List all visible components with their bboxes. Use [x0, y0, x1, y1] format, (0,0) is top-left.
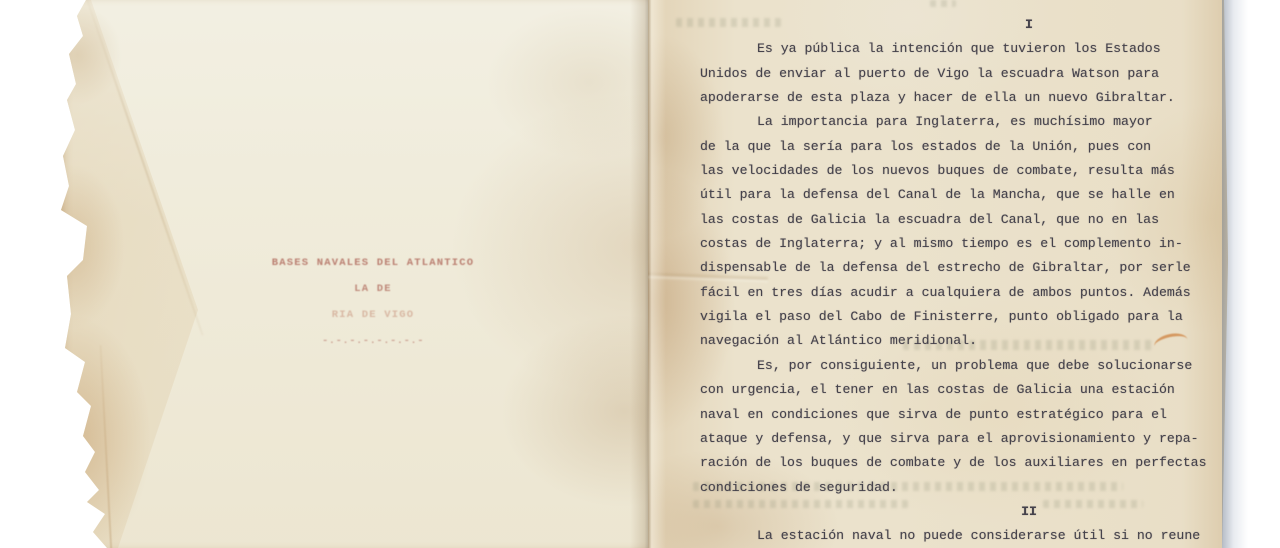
typed-line: condiciones de seguridad. [700, 476, 1212, 500]
typed-line: con urgencia, el tener en las costas de … [700, 378, 1212, 402]
ghost-text-offset [930, 0, 956, 7]
typed-line: las costas de Galicia la escuadra del Ca… [700, 208, 1212, 232]
typed-line: naval en condiciones que sirva de punto … [700, 403, 1212, 427]
cover-title: BASES NAVALES DEL ATLANTICO LA DE RIA DE… [233, 250, 513, 354]
typed-line: apoderarse de esta plaza y hacer de ella… [700, 86, 1212, 110]
cover-title-rule: -.-.-.-.-.-.-.- [233, 328, 513, 354]
typed-text-block: IEs ya pública la intención que tuvieron… [700, 13, 1212, 548]
cover-title-line-2: LA DE [233, 276, 513, 302]
typed-line: ración de los buques de combate y de los… [700, 451, 1212, 475]
diagonal-crease-line [84, 0, 203, 336]
typed-line: ataque y defensa, y que sirva para el ap… [700, 427, 1212, 451]
typed-line: navegación al Atlántico meridional. [700, 329, 1212, 353]
edge-crease-line [100, 345, 113, 548]
typed-line: La importancia para Inglaterra, es muchí… [700, 110, 1212, 134]
typed-line: vigila el paso del Cabo de Finisterre, p… [700, 305, 1212, 329]
section-heading: II [700, 500, 1212, 524]
section-heading: I [700, 13, 1212, 37]
left-page: BASES NAVALES DEL ATLANTICO LA DE RIA DE… [60, 0, 648, 548]
typed-line: costas de Inglaterra; y al mismo tiempo … [700, 232, 1212, 256]
typed-line: dispensable de la defensa del estrecho d… [700, 256, 1212, 280]
cover-title-line-1: BASES NAVALES DEL ATLANTICO [233, 250, 513, 276]
typed-line: fácil en tres días acudir a cualquiera d… [700, 281, 1212, 305]
cover-title-line-3: RIA DE VIGO [233, 302, 513, 328]
typed-line: Unidos de enviar al puerto de Vigo la es… [700, 62, 1212, 86]
document-photo: BASES NAVALES DEL ATLANTICO LA DE RIA DE… [0, 0, 1280, 548]
typed-line: Es ya pública la intención que tuvieron … [700, 37, 1212, 61]
typed-line: La estación naval no puede considerarse … [700, 524, 1212, 548]
right-page: IEs ya pública la intención que tuvieron… [648, 0, 1228, 548]
typed-line: las velocidades de los nuevos buques de … [700, 159, 1212, 183]
typed-line: de la que la sería para los estados de l… [700, 135, 1212, 159]
typed-line: útil para la defensa del Canal de la Man… [700, 183, 1212, 207]
typed-line: Es, por consiguiente, un problema que de… [700, 354, 1212, 378]
